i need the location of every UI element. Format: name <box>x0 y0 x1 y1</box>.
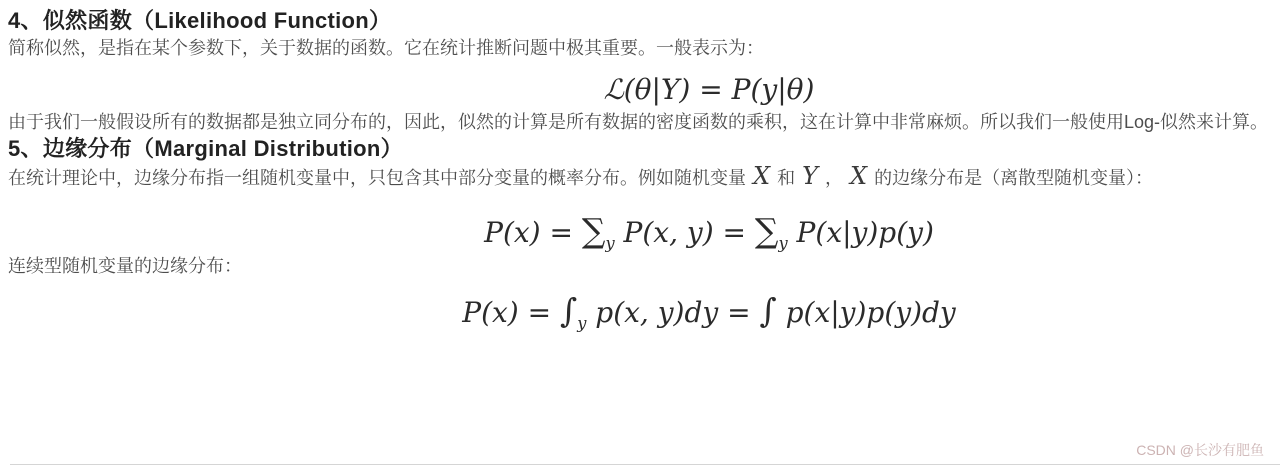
section-heading-likelihood-function: 4、似然函数（Likelihood Function） <box>8 6 1270 36</box>
paragraph-marginal-continuous-label: 连续型随机变量的边缘分布： <box>8 254 1270 278</box>
section-heading-marginal-distribution: 5、边缘分布（Marginal Distribution） <box>8 134 1270 164</box>
formula-marginal-continuous: P(x) = ∫y p(x, y)dy = ∫ p(x|y)p(y)dy <box>8 290 1270 334</box>
article-content: 4、似然函数（Likelihood Function） 简称似然，是指在某个参数… <box>0 0 1280 468</box>
paragraph-likelihood-intro: 简称似然，是指在某个参数下，关于数据的函数。它在统计推断问题中极其重要。一般表示… <box>8 36 1270 60</box>
csdn-watermark: CSDN @长沙有肥鱼 <box>1136 440 1264 460</box>
paragraph-likelihood-note: 由于我们一般假设所有的数据都是独立同分布的，因此，似然的计算是所有数据的密度函数… <box>8 110 1270 134</box>
formula-likelihood: ℒ(θ|Y) = P(y|θ) <box>8 70 1270 110</box>
paragraph-marginal-intro: 在统计理论中，边缘分布指一组随机变量中，只包含其中部分变量的概率分布。例如随机变… <box>8 164 1270 190</box>
formula-marginal-discrete: P(x) = ∑y P(x, y) = ∑y P(x|y)p(y) <box>8 210 1270 254</box>
bottom-divider <box>10 464 1280 465</box>
